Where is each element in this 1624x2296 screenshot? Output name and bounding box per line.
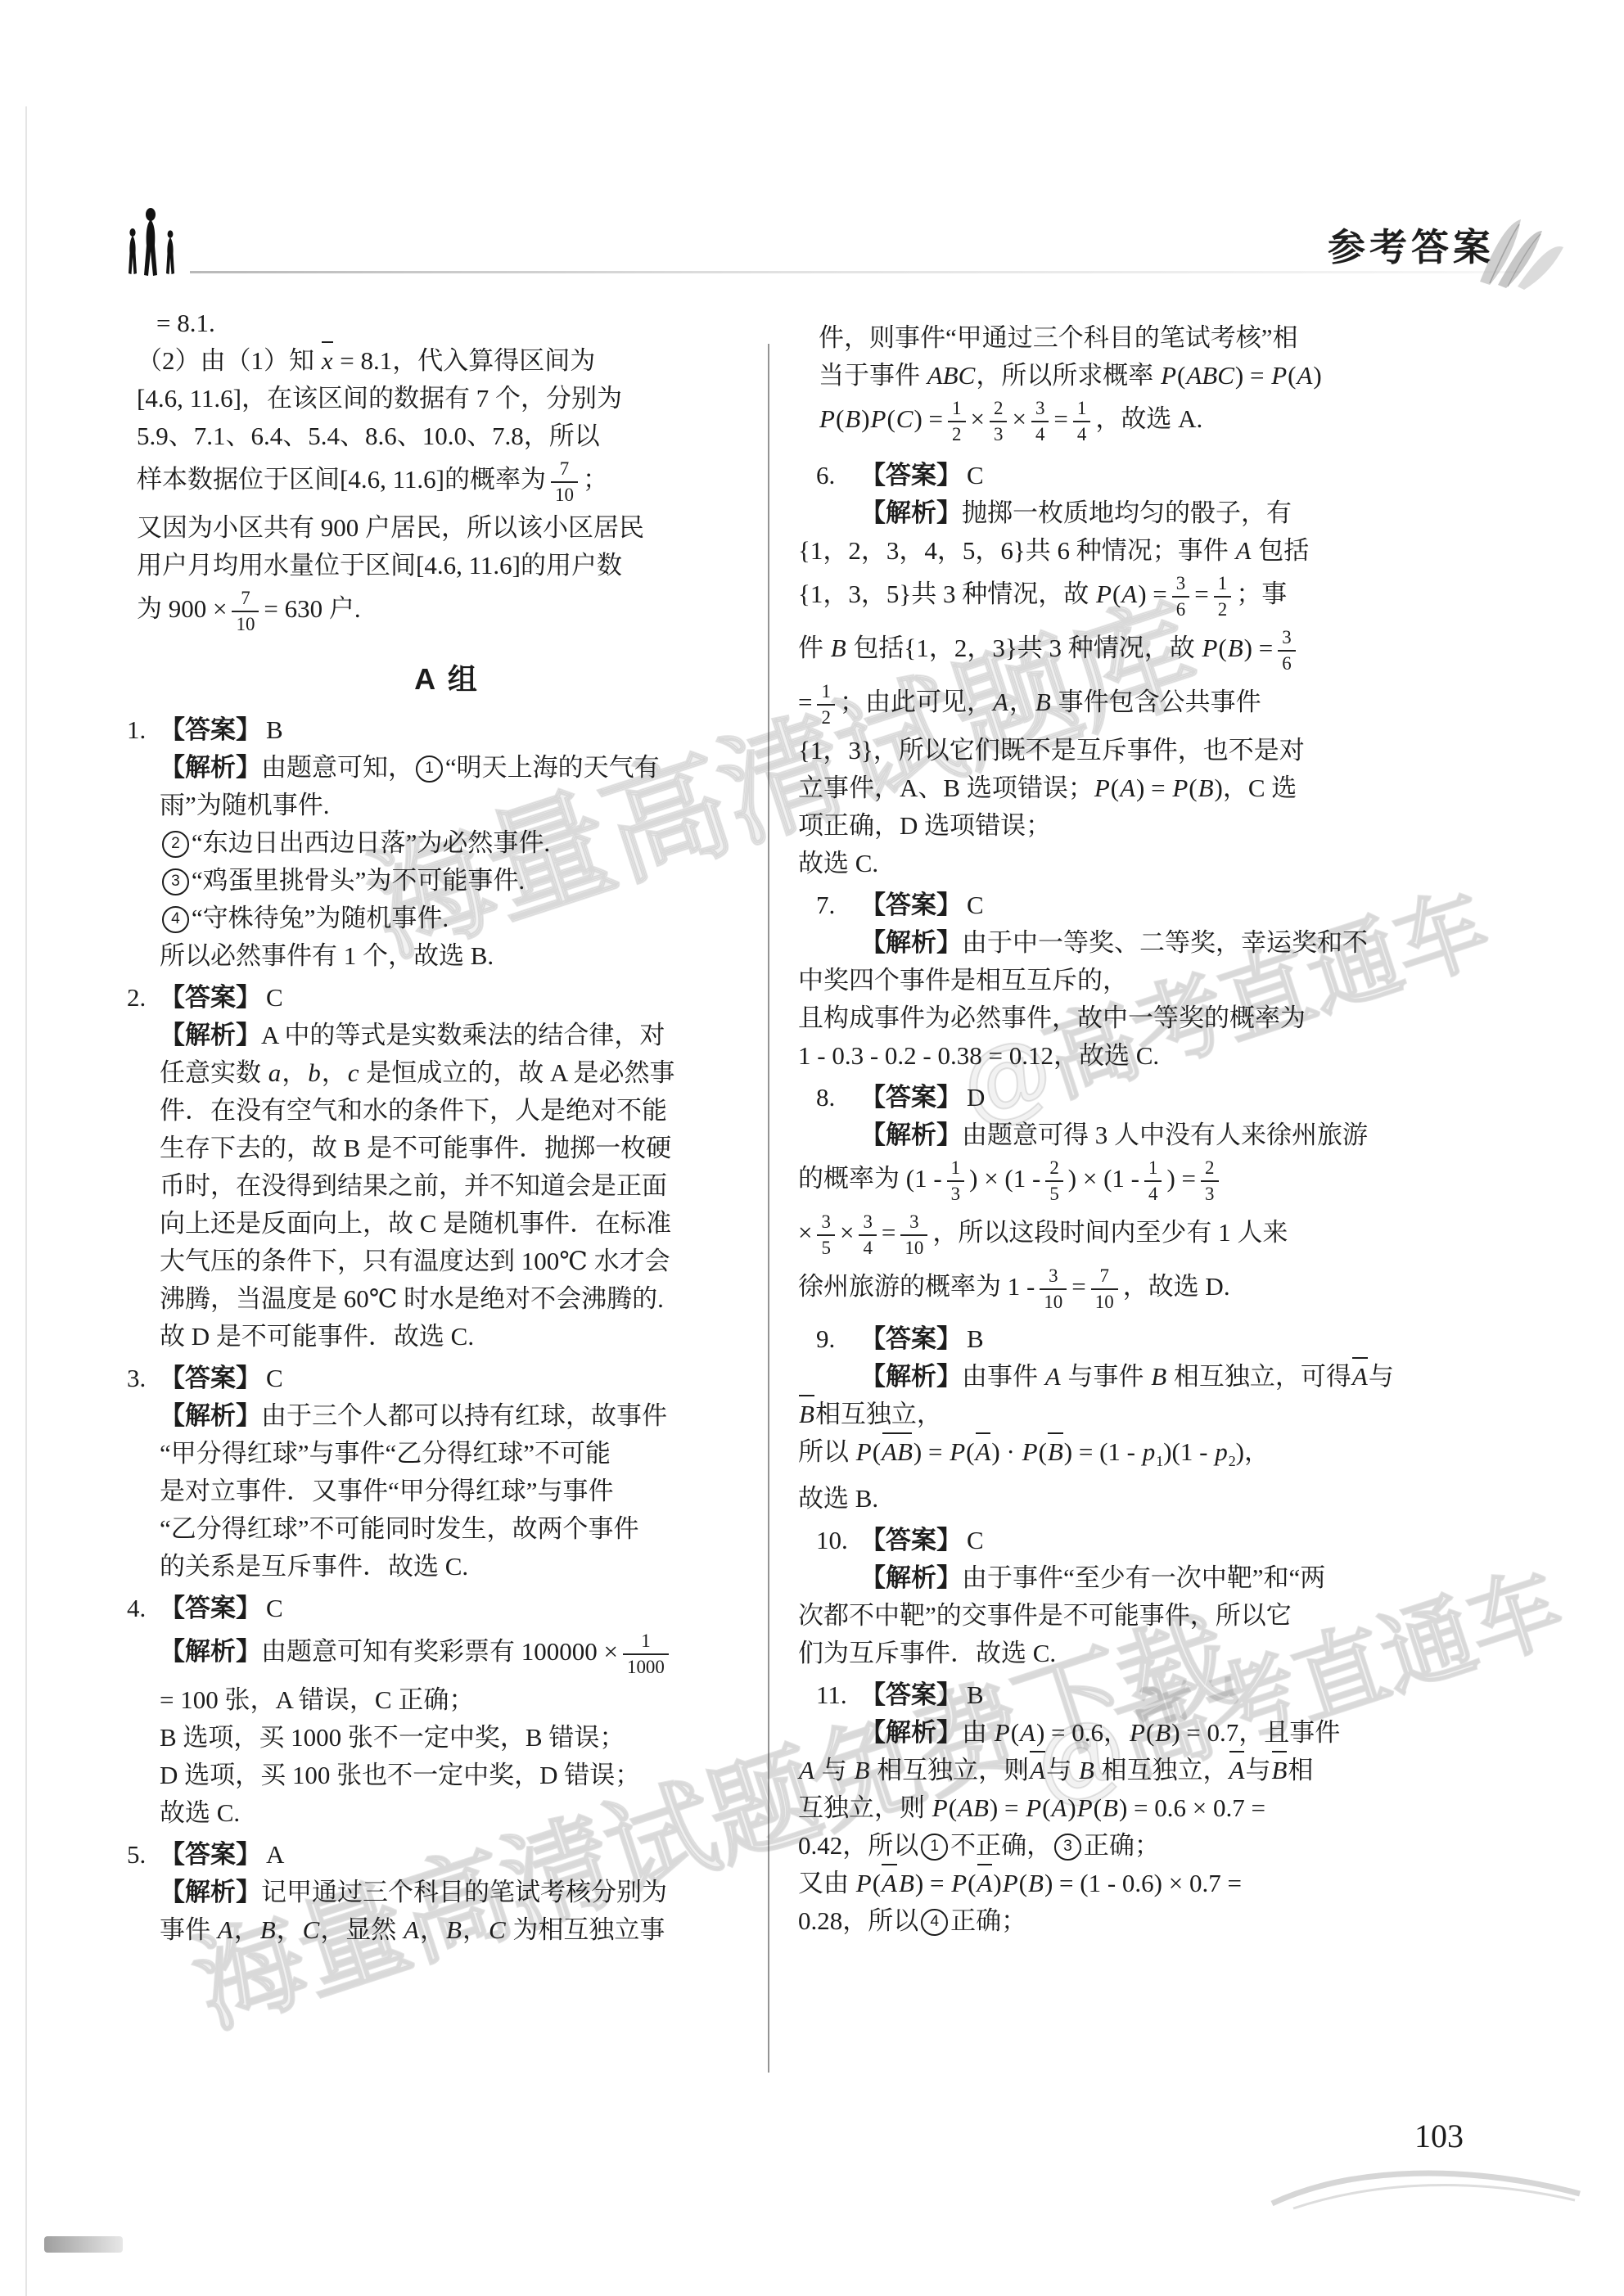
answer-item: 3.【答案】C【解析】由于三个人都可以持有红球，故事件“甲分得红球”与事件“乙分… [127,1360,767,1586]
text-line: “乙分得红球”不可能同时发生，故两个事件 [160,1510,767,1548]
text-line: 徐州旅游的概率为 1 -310=710，故选 D. [798,1262,1547,1316]
answer-label: 【答案】 [860,1680,962,1709]
item-body: 【答案】B【解析】由事件 A 与事件 B 相互独立，可得A与B相互独立，所以 P… [798,1320,1547,1518]
answer-line: 【答案】A [160,1836,767,1874]
scan-smudge [44,2236,123,2253]
item-number: 5. [127,1836,160,1949]
answer-value: B [962,1680,984,1709]
text-line: P(B)P(C) =12×23×34=14，故选 A. [819,395,1547,449]
item-body: 【答案】B【解析】由 P(A) = 0.6，P(B) = 0.7，且事件A 与 … [798,1676,1547,1940]
fraction: 14 [1073,397,1090,446]
text-line: 【解析】由题意可知有奖彩票有 100000 ×11000 [160,1627,767,1681]
item-number: 3. [127,1360,160,1586]
text-line: 生存下去的，故 B 是不可能事件．抛掷一枚硬 [160,1130,767,1167]
text-line: 1 - 0.3 - 0.2 - 0.38 = 0.12，故选 C. [798,1037,1547,1075]
text-line: = 100 张，A 错误，C 正确； [160,1681,767,1719]
fraction: 710 [232,587,259,636]
textbook-answer-page: 海量高清试题库 @高考直通车 海量高清试题免费下载 @高考直通车 参考答案 = … [0,0,1624,2296]
text-line: 雨”为随机事件. [160,787,767,824]
text-line: 0.28，所以4正确； [798,1902,1547,1940]
answer-line: 【答案】C [160,1360,767,1397]
group-heading: A 组 [127,656,767,698]
fraction: 310 [1040,1265,1067,1314]
fraction: 23 [990,397,1007,446]
answer-item: 6.【答案】C【解析】抛掷一枚质地均匀的骰子，有{1，2，3，4，5，6}共 6… [798,457,1547,882]
text-line: 立事件，A、B 选项错误；P(A) = P(B)，C 选 [798,769,1547,807]
text-line: 【解析】由 P(A) = 0.6，P(B) = 0.7，且事件 [798,1714,1547,1752]
answer-value: C [261,983,283,1012]
item-number: 10. [816,1522,848,1559]
answer-value: A [261,1840,284,1869]
text-line: 是对立事件．又事件“甲分得红球”与事件 [160,1473,767,1510]
left-column: = 8.1.（2）由（1）知 x = 8.1，代入算得区间为[4.6, 11.6… [127,304,767,1953]
answer-label: 【答案】 [160,1364,261,1392]
answer-line: 【答案】C [798,1522,1547,1559]
answer-value: B [261,715,283,744]
fraction: 710 [551,458,578,507]
answer-line: 【答案】C [160,1590,767,1627]
answer-item: 10.【答案】C【解析】由于事件“至少有一次中靶”和“两次都不中靶”的交事件是不… [798,1522,1547,1672]
text-line: = 8.1. [137,304,767,342]
text-line: 【解析】由于事件“至少有一次中靶”和“两 [798,1559,1547,1597]
text-line: 【解析】抛掷一枚质地均匀的骰子，有 [798,494,1547,532]
text-line: 故 D 是不可能事件．故选 C. [160,1318,767,1355]
text-line: 故选 C. [160,1794,767,1832]
flourish-icon [1267,2158,1586,2217]
text-line: 5.9、7.1、6.4、5.4、8.6、10.0、7.8，所以 [137,417,767,455]
text-line: 沸腾，当温度是 60℃ 时水是绝对不会沸腾的. [160,1280,767,1318]
text-line: [4.6, 11.6]，在该区间的数据有 7 个，分别为 [137,380,767,417]
item-number: 9. [816,1320,835,1358]
text-line: D 选项，买 100 张也不一定中奖，D 错误； [160,1757,767,1794]
item-number: 2. [127,979,160,1355]
text-line: 件．在没有空气和水的条件下，人是绝对不能 [160,1092,767,1130]
text-line: 且构成事件为必然事件，故中一等奖的概率为 [798,999,1547,1037]
fraction: 35 [817,1211,834,1260]
text-line: 向上还是反面向上，故 C 是随机事件．在标准 [160,1205,767,1243]
text-line: 又由 P(AB) = P(A)P(B) = (1 - 0.6) × 0.7 = [798,1865,1547,1902]
text-line: 中奖四个事件是相互互斥的， [798,962,1547,999]
text-line: 大气压的条件下，只有温度达到 100℃ 水才会 [160,1243,767,1280]
answer-item: 4.【答案】C【解析】由题意可知有奖彩票有 100000 ×11000= 100… [127,1590,767,1832]
text-line: 【解析】由题意可得 3 人中没有人来徐州旅游 [798,1116,1547,1154]
answer-label: 【答案】 [160,1840,261,1869]
text-line: 又因为小区共有 900 户居民，所以该小区居民 [137,509,767,547]
item-number: 6. [816,457,835,494]
fraction: 12 [817,680,834,729]
text-line: 所以 P(AB) = P(A) · P(B) = (1 - p1)(1 - p2… [798,1433,1547,1480]
item-body: 【答案】C【解析】由于事件“至少有一次中靶”和“两次都不中靶”的交事件是不可能事… [798,1522,1547,1672]
answer-label: 【答案】 [160,983,261,1012]
fraction: 36 [1172,572,1189,621]
page-header-title: 参考答案 [1328,218,1495,272]
answer-label: 【答案】 [860,461,962,489]
answer-value: C [962,461,984,489]
item-number: 11. [816,1676,847,1714]
item-body: 【答案】B【解析】由题意可知，1“明天上海的天气有雨”为随机事件.2“东边日出西… [160,711,767,975]
answer-items-list: 6.【答案】C【解析】抛掷一枚质地均匀的骰子，有{1，2，3，4，5，6}共 6… [798,457,1547,1940]
text-line: 【解析】记甲通过三个科目的笔试考核分别为 [160,1874,767,1911]
text-line: A 与 B 相互独立，则A与 B 相互独立，A与B相 [798,1752,1547,1789]
text-line: 次都不中靶”的交事件是不可能事件，所以它 [798,1597,1547,1635]
item-body: 【答案】C【解析】由题意可知有奖彩票有 100000 ×11000= 100 张… [160,1590,767,1832]
text-line: 的关系是互斥事件．故选 C. [160,1548,767,1586]
text-line: 们为互斥事件．故选 C. [798,1635,1547,1672]
fraction: 25 [1045,1157,1062,1206]
header-rule [190,271,1520,273]
answer-item: 9.【答案】B【解析】由事件 A 与事件 B 相互独立，可得A与B相互独立，所以… [798,1320,1547,1518]
answer-items-list: 1.【答案】B【解析】由题意可知，1“明天上海的天气有雨”为随机事件.2“东边日… [127,711,767,1949]
solution-continuation-block: = 8.1.（2）由（1）知 x = 8.1，代入算得区间为[4.6, 11.6… [127,304,767,638]
column-divider [768,344,769,2073]
text-line: 当于事件 ABC，所以所求概率 P(ABC) = P(A) [819,357,1547,395]
text-line: 项正确，D 选项错误； [798,807,1547,845]
text-line: 【解析】由于三个人都可以持有红球，故事件 [160,1397,767,1435]
text-line: 2“东边日出西边日落”为必然事件. [160,824,767,862]
answer-value: D [962,1083,985,1112]
text-line: 4“守株待兔”为随机事件. [160,900,767,937]
text-line: “甲分得红球”与事件“乙分得红球”不可能 [160,1435,767,1473]
item-body: 【答案】D【解析】由题意可得 3 人中没有人来徐州旅游的概率为 (1 -13) … [798,1079,1547,1316]
text-line: 故选 B. [798,1480,1547,1518]
people-figures-icon [120,206,193,278]
answer-line: 【答案】D [798,1079,1547,1116]
fraction: 13 [947,1157,964,1206]
text-line: =12；由此可见，A，B 事件包含公共事件 [798,678,1547,732]
text-line: 的概率为 (1 -13) × (1 -25) × (1 -14) =23 [798,1154,1547,1208]
item-body: 【答案】C【解析】抛掷一枚质地均匀的骰子，有{1，2，3，4，5，6}共 6 种… [798,457,1547,882]
text-line: 【解析】由事件 A 与事件 B 相互独立，可得A与 [798,1358,1547,1396]
answer-line: 【答案】B [798,1320,1547,1358]
fraction: 36 [1278,626,1295,675]
answer-line: 【答案】B [798,1676,1547,1714]
answer-value: C [261,1594,283,1622]
solution-continuation-block: 件，则事件“甲通过三个科目的笔试考核”相当于事件 ABC，所以所求概率 P(AB… [798,319,1547,449]
text-line: B相互独立， [798,1396,1547,1433]
item-number: 4. [127,1590,160,1832]
fraction: 11000 [623,1630,669,1679]
text-line: 互独立，则 P(AB) = P(A)P(B) = 0.6 × 0.7 = [798,1789,1547,1827]
right-column: 件，则事件“甲通过三个科目的笔试考核”相当于事件 ABC，所以所求概率 P(AB… [798,319,1547,1944]
fraction: 12 [948,397,965,446]
scan-edge-line [25,106,27,2296]
leaf-ornament-icon [1473,214,1572,292]
item-body: 【答案】A【解析】记甲通过三个科目的笔试考核分别为事件 A，B，C，显然 A，B… [160,1836,767,1949]
text-line: 币时，在没得到结果之前，并不知道会是正面 [160,1167,767,1205]
text-line: {1，3}，所以它们既不是互斥事件，也不是对 [798,732,1547,769]
text-line: 【解析】A 中的等式是实数乘法的结合律，对 [160,1017,767,1054]
page-number: 103 [1382,2117,1496,2155]
text-line: B 选项，买 1000 张不一定中奖，B 错误； [160,1719,767,1757]
answer-item: 5.【答案】A【解析】记甲通过三个科目的笔试考核分别为事件 A，B，C，显然 A… [127,1836,767,1949]
answer-label: 【答案】 [160,715,261,744]
text-line: ×35×34=310，所以这段时间内至少有 1 人来 [798,1208,1547,1262]
text-line: （2）由（1）知 x = 8.1，代入算得区间为 [137,342,767,380]
answer-item: 1.【答案】B【解析】由题意可知，1“明天上海的天气有雨”为随机事件.2“东边日… [127,711,767,975]
answer-line: 【答案】C [798,886,1547,924]
text-line: 用户月均用水量位于区间[4.6, 11.6]的用户数 [137,547,767,584]
text-line: {1，3，5}共 3 种情况，故 P(A) =36=12；事 [798,570,1547,624]
text-line: 3“鸡蛋里挑骨头”为不可能事件. [160,862,767,900]
fraction: 310 [900,1211,927,1260]
text-line: 件 B 包括{1，2，3}共 3 种情况，故 P(B) =36 [798,624,1547,678]
item-number: 1. [127,711,160,975]
answer-label: 【答案】 [160,1594,261,1622]
answer-label: 【答案】 [860,1526,962,1554]
answer-item: 7.【答案】C【解析】由于中一等奖、二等奖，幸运奖和不中奖四个事件是相互互斥的，… [798,886,1547,1075]
answer-label: 【答案】 [860,1324,962,1353]
fraction: 23 [1201,1157,1218,1206]
answer-line: 【答案】C [798,457,1547,494]
item-body: 【答案】C【解析】由于中一等奖、二等奖，幸运奖和不中奖四个事件是相互互斥的，且构… [798,886,1547,1075]
answer-line: 【答案】B [160,711,767,749]
fraction: 12 [1214,572,1231,621]
answer-value: C [261,1364,283,1392]
answer-item: 8.【答案】D【解析】由题意可得 3 人中没有人来徐州旅游的概率为 (1 -13… [798,1079,1547,1316]
answer-label: 【答案】 [860,1083,962,1112]
answer-item: 2.【答案】C【解析】A 中的等式是实数乘法的结合律，对任意实数 a，b，c 是… [127,979,767,1355]
fraction: 710 [1091,1265,1118,1314]
text-line: 样本数据位于区间[4.6, 11.6]的概率为710； [137,455,767,509]
answer-line: 【答案】C [160,979,767,1017]
text-line: 0.42，所以1不正确，3正确； [798,1827,1547,1865]
text-line: 事件 A，B，C，显然 A，B，C 为相互独立事 [160,1911,767,1949]
fraction: 34 [859,1211,876,1260]
item-body: 【答案】C【解析】由于三个人都可以持有红球，故事件“甲分得红球”与事件“乙分得红… [160,1360,767,1586]
text-line: {1，2，3，4，5，6}共 6 种情况；事件 A 包括 [798,532,1547,570]
fraction: 34 [1031,397,1049,446]
text-line: 件，则事件“甲通过三个科目的笔试考核”相 [819,319,1547,357]
answer-item: 11.【答案】B【解析】由 P(A) = 0.6，P(B) = 0.7，且事件A… [798,1676,1547,1940]
item-number: 8. [816,1079,835,1116]
answer-value: B [962,1324,984,1353]
item-body: 【答案】C【解析】A 中的等式是实数乘法的结合律，对任意实数 a，b，c 是恒成… [160,979,767,1355]
fraction: 14 [1144,1157,1162,1206]
text-line: 为 900 ×710= 630 户. [137,584,767,638]
item-number: 7. [816,886,835,924]
text-line: 任意实数 a，b，c 是恒成立的，故 A 是必然事 [160,1054,767,1092]
text-line: 所以必然事件有 1 个，故选 B. [160,937,767,975]
text-line: 【解析】由题意可知，1“明天上海的天气有 [160,749,767,787]
answer-value: C [962,891,984,919]
answer-value: C [962,1526,984,1554]
answer-label: 【答案】 [860,891,962,919]
text-line: 【解析】由于中一等奖、二等奖，幸运奖和不 [798,924,1547,962]
text-line: 故选 C. [798,845,1547,882]
